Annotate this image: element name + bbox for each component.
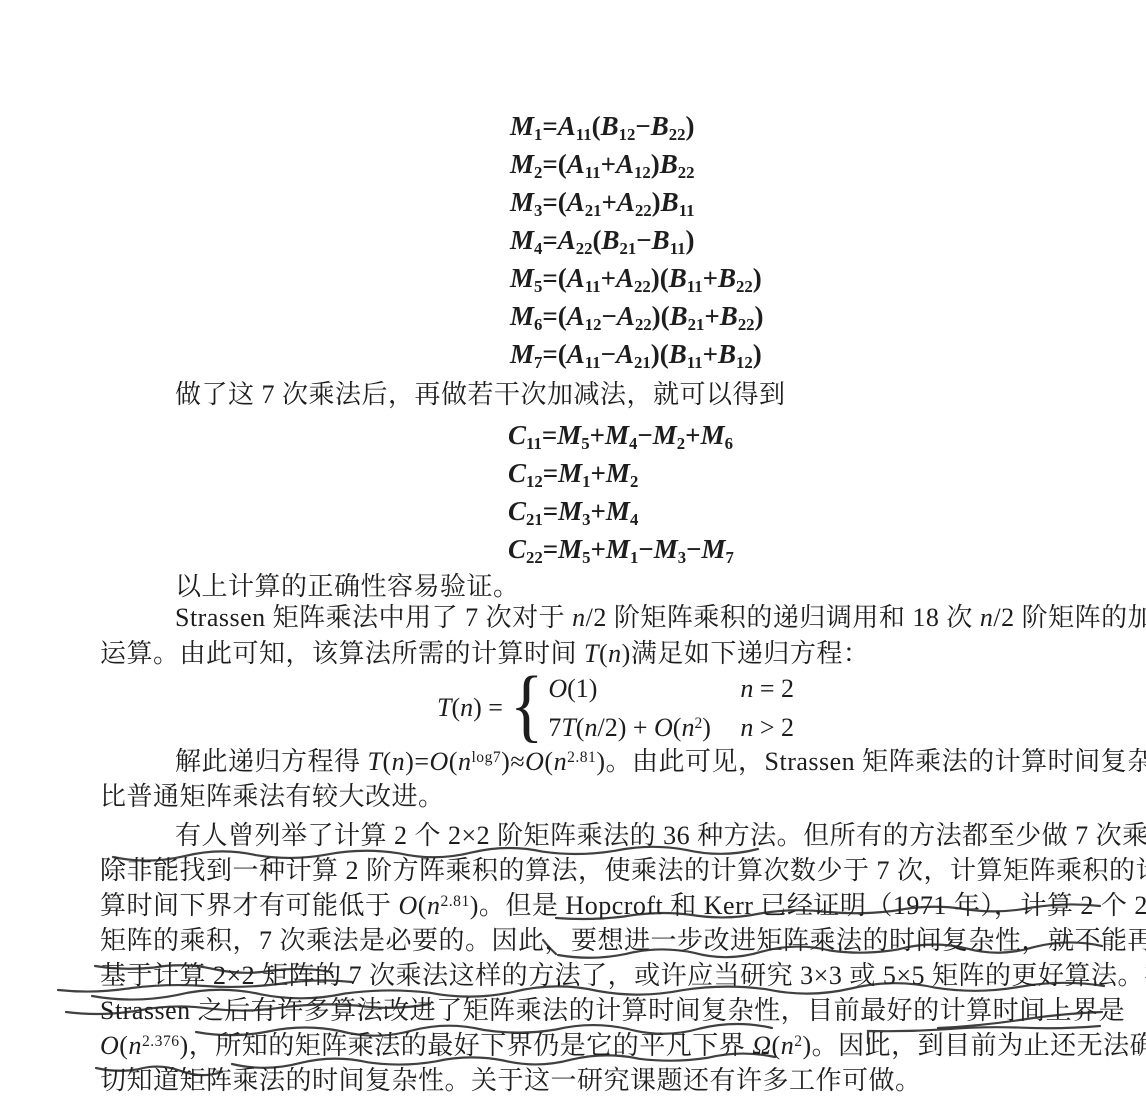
text-line: Strassen 之后有许多算法改进了矩阵乘法的计算时间复杂性，目前最好的计算时… <box>100 993 1146 1028</box>
text-line: 矩阵的乘积，7 次乘法是必要的。因此，要想进一步改进矩阵乘法的时间复杂性，就不能… <box>100 923 1146 958</box>
equation-cond: n = 2 <box>740 672 794 706</box>
paragraph-solution: 解此递归方程得 T(n)=O(nlog7)≈O(n2.81)。由此可见，Stra… <box>100 744 1146 814</box>
text-line: M1=A11(B12−B22) <box>510 107 764 145</box>
text-line: 做了这 7 次乘法后，再做若干次加减法，就可以得到 <box>100 374 786 411</box>
text-line: C21=M3+M4 <box>508 492 734 530</box>
text-line: M5=(A11+A22)(B11+B22) <box>510 259 764 297</box>
text-line: M4=A22(B21−B11) <box>510 221 764 259</box>
text-line: 除非能找到一种计算 2 阶方阵乘积的算法，使乘法的计算次数少于 7 次，计算矩阵… <box>100 853 1146 888</box>
text-line: 切知道矩阵乘法的时间复杂性。关于这一研究课题还有许多工作可做。 <box>100 1063 1146 1098</box>
text-line: C11=M5+M4−M2+M6 <box>508 416 734 454</box>
text-line: M6=(A12−A22)(B21+B22) <box>510 297 764 335</box>
paragraph-after-multiplications: 做了这 7 次乘法后，再做若干次加减法，就可以得到 <box>100 374 786 411</box>
equation-brace: { <box>510 664 543 746</box>
scanned-page: M1=A11(B12−B22)M2=(A11+A12)B22M3=(A21+A2… <box>0 0 1146 1108</box>
text-line: Strassen 矩阵乘法中用了 7 次对于 n/2 阶矩阵乘积的递归调用和 1… <box>100 600 1146 636</box>
equation-expr: O(1) <box>548 672 740 706</box>
strassen-c-formulas: C11=M5+M4−M2+M6C12=M1+M2C21=M3+M4C22=M5+… <box>508 416 734 568</box>
text-line: 有人曾列举了计算 2 个 2×2 阶矩阵乘法的 36 种方法。但所有的方法都至少… <box>100 818 1146 853</box>
equation-cases: O(1) n = 2 7T(n/2) + O(n2) n > 2 <box>548 672 794 745</box>
text-line: C22=M5+M1−M3−M7 <box>508 530 734 568</box>
text-line: M3=(A21+A22)B11 <box>510 183 764 221</box>
text-line: C12=M1+M2 <box>508 454 734 492</box>
paragraph-discussion: 有人曾列举了计算 2 个 2×2 阶矩阵乘法的 36 种方法。但所有的方法都至少… <box>100 818 1146 1098</box>
equation-expr: 7T(n/2) + O(n2) <box>548 711 740 745</box>
strassen-m-formulas: M1=A11(B12−B22)M2=(A11+A12)B22M3=(A21+A2… <box>510 107 764 373</box>
paragraph-verification: 以上计算的正确性容易验证。 <box>100 566 520 603</box>
text-line: 基于计算 2×2 矩阵的 7 次乘法这样的方法了，或许应当研究 3×3 或 5×… <box>100 958 1146 993</box>
recurrence-equation: T(n) = { O(1) n = 2 7T(n/2) + O(n2) n > … <box>437 664 794 752</box>
equation-cond: n > 2 <box>740 711 794 745</box>
text-line: O(n2.376)，所知的矩阵乘法的最好下界仍是它的平凡下界 Ω(n2)。因此，… <box>100 1028 1146 1063</box>
paragraph-recurrence-intro: Strassen 矩阵乘法中用了 7 次对于 n/2 阶矩阵乘积的递归调用和 1… <box>100 600 1146 672</box>
text-line: M2=(A11+A12)B22 <box>510 145 764 183</box>
text-line: 以上计算的正确性容易验证。 <box>100 566 520 603</box>
equation-lhs: T(n) = <box>437 693 503 723</box>
text-line: M7=(A11−A21)(B11+B12) <box>510 335 764 373</box>
text-line: 算时间下界才有可能低于 O(n2.81)。但是 Hopcroft 和 Kerr … <box>100 888 1146 923</box>
text-line: 比普通矩阵乘法有较大改进。 <box>100 779 1146 814</box>
text-line: 解此递归方程得 T(n)=O(nlog7)≈O(n2.81)。由此可见，Stra… <box>100 744 1146 779</box>
